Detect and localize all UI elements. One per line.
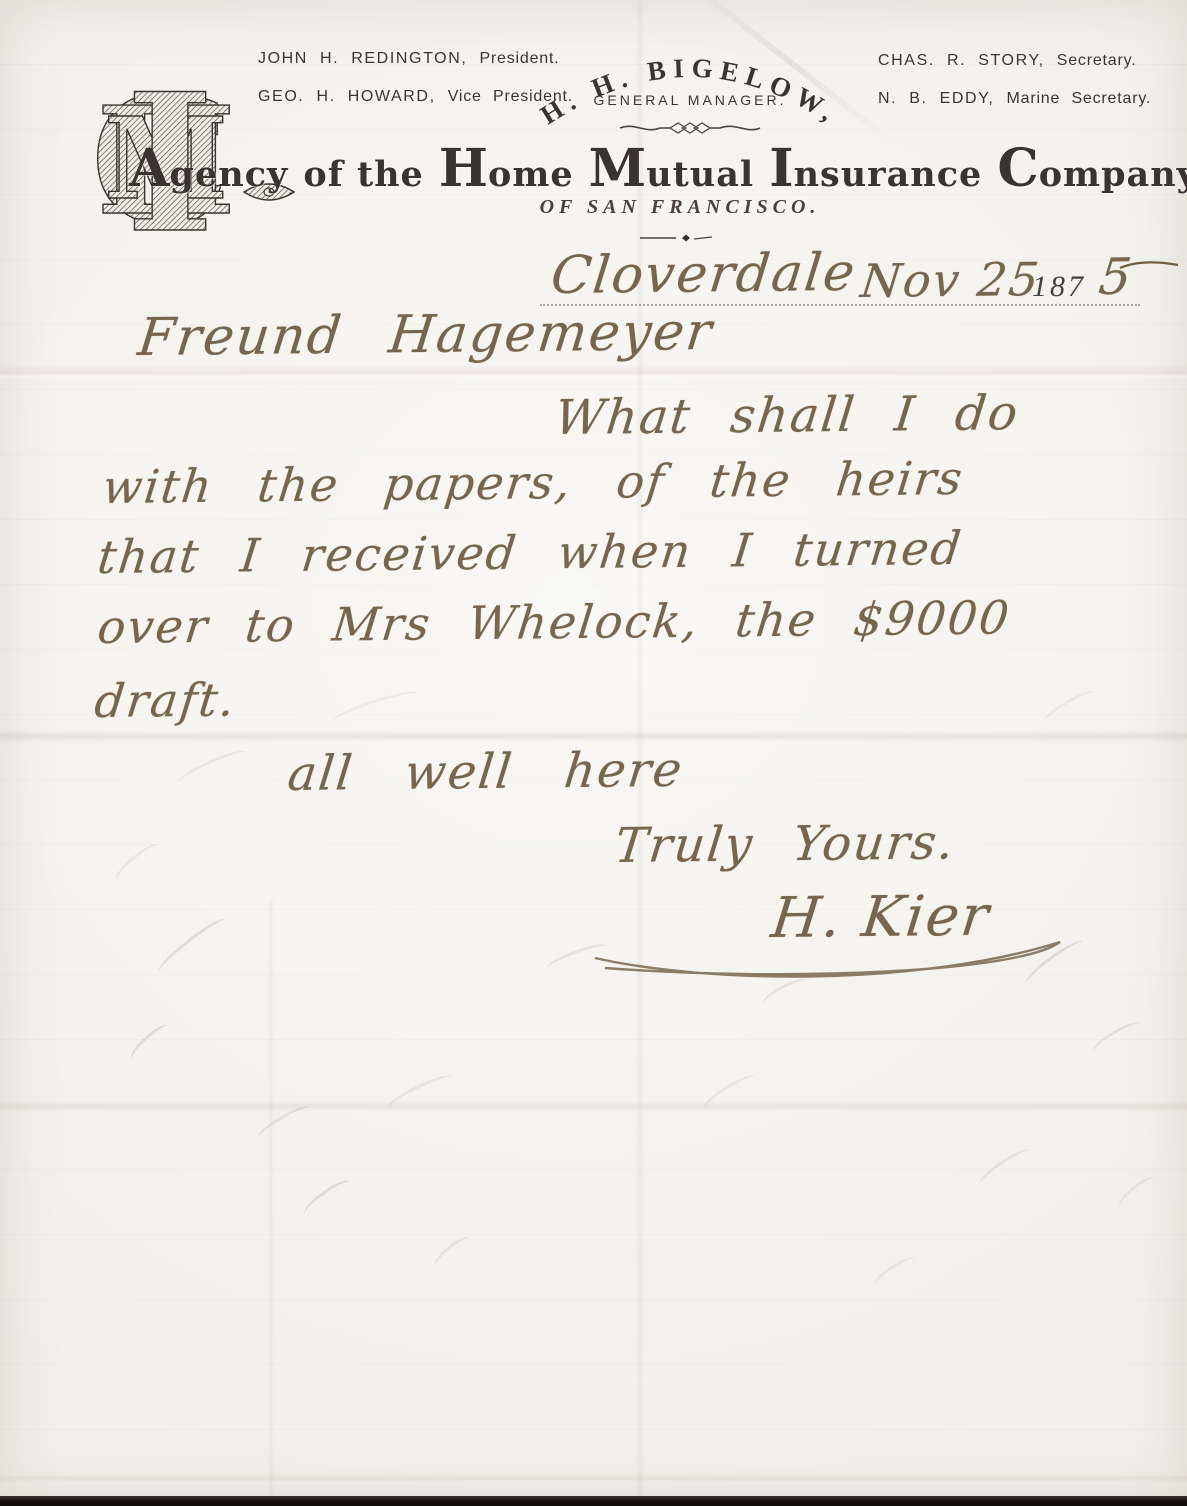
scanned-letter-page: C H M I JOHN H. REDINGTON, President. GE… (0, 0, 1187, 1506)
flourish-divider-icon (615, 118, 765, 138)
printed-year-prefix: 187 (1032, 270, 1086, 304)
ink-bleed-mark (1115, 1173, 1160, 1213)
company-word-agency: Agency (129, 138, 288, 199)
ornate-initial-h: H (439, 138, 488, 199)
officers-left-block: JOHN H. REDINGTON, President. GEO. H. HO… (258, 40, 573, 116)
ink-bleed-mark (701, 1070, 760, 1115)
officers-right-block: CHAS. R. STORY, Secretary. N. B. EDDY, M… (878, 42, 1151, 118)
officer-vice-president-name: GEO. H. HOWARD, (258, 88, 436, 105)
ink-bleed-mark (385, 1070, 454, 1114)
company-word-home: Home (439, 138, 574, 199)
officer-secretary-line: CHAS. R. STORY, Secretary. (878, 42, 1151, 80)
signature-flourish (580, 928, 1090, 986)
officer-marine-secretary-name: N. B. EDDY, (878, 90, 994, 107)
ink-bleed-mark (255, 1101, 314, 1144)
officer-secretary-title: Secretary. (1057, 52, 1137, 69)
company-word-company: Company, (997, 138, 1187, 199)
body-line-4: over to Mrs Whelock, the $9000 (95, 590, 1014, 654)
ornate-initial-m: M (589, 138, 647, 199)
body-line-3: that I received when I turned (95, 521, 965, 584)
ink-bleed-mark (175, 745, 250, 789)
scan-edge-bottom (0, 1496, 1187, 1506)
ink-bleed-mark (112, 839, 164, 886)
year-dash-flourish (1118, 258, 1180, 272)
officer-marine-secretary-title: Marine Secretary. (1007, 90, 1152, 107)
ink-bleed-mark (1090, 1017, 1145, 1057)
fold-crease-horizontal-2 (0, 730, 1187, 742)
company-word-rest: nsurance (794, 154, 983, 195)
handwritten-place: Cloverdale (548, 243, 860, 306)
handwritten-year-digit: 5 (1096, 248, 1136, 306)
manager-name-arc: H. H. BIGELOW, (535, 30, 845, 130)
company-word-insurance: Insurance (769, 138, 982, 199)
ink-bleed-mark (430, 1232, 474, 1272)
fold-crease-vertical-left (268, 900, 274, 1506)
handwritten-date: Nov 25 (858, 252, 1043, 308)
body-line-5: draft. (92, 673, 239, 728)
closing-line: Truly Yours. (612, 814, 958, 874)
ink-bleed-mark (1040, 686, 1099, 729)
officer-secretary-name: CHAS. R. STORY, (878, 52, 1045, 69)
ink-bleed-mark (126, 1020, 173, 1065)
company-word-mutual: Mutual (589, 138, 755, 199)
ornate-initial-i: I (769, 138, 793, 199)
fold-crease-horizontal-3 (0, 1100, 1187, 1112)
company-word-of-the: of the (303, 138, 423, 199)
company-title-line: Agency of the Home Mutual Insurance Comp… (150, 138, 1187, 199)
body-line-2: with the papers, of the heirs (100, 451, 967, 514)
company-word-rest: ompany, (1039, 154, 1187, 195)
fold-crease-horizontal-4 (0, 1474, 1187, 1482)
ornate-initial-a: A (129, 138, 169, 199)
ink-bleed-mark (330, 686, 420, 728)
ink-bleed-mark (301, 1176, 355, 1220)
officer-marine-secretary-line: N. B. EDDY, Marine Secretary. (878, 80, 1151, 118)
officer-vice-president-line: GEO. H. HOWARD, Vice President. (258, 78, 573, 116)
ink-bleed-mark (976, 1145, 1034, 1191)
body-line-1: What shall I do (552, 385, 1022, 446)
manager-title: GENERAL MANAGER. (535, 92, 845, 108)
ornate-initial-c: C (997, 138, 1038, 199)
body-line-6: all well here (285, 742, 686, 802)
officer-president-line: JOHN H. REDINGTON, President. (258, 40, 573, 78)
dot-dash-divider-icon (640, 233, 730, 243)
ink-bleed-mark (154, 913, 230, 977)
city-line: OF SAN FRANCISCO. (340, 196, 1020, 219)
company-word-rest: utual (646, 154, 754, 195)
ink-bleed-mark (870, 1253, 920, 1293)
company-word-rest: gency (170, 154, 289, 195)
officer-president-name: JOHN H. REDINGTON, (258, 50, 467, 67)
company-word-rest: of the (303, 154, 423, 195)
company-word-rest: ome (488, 154, 574, 195)
salutation: Freund Hagemeyer (135, 302, 716, 368)
